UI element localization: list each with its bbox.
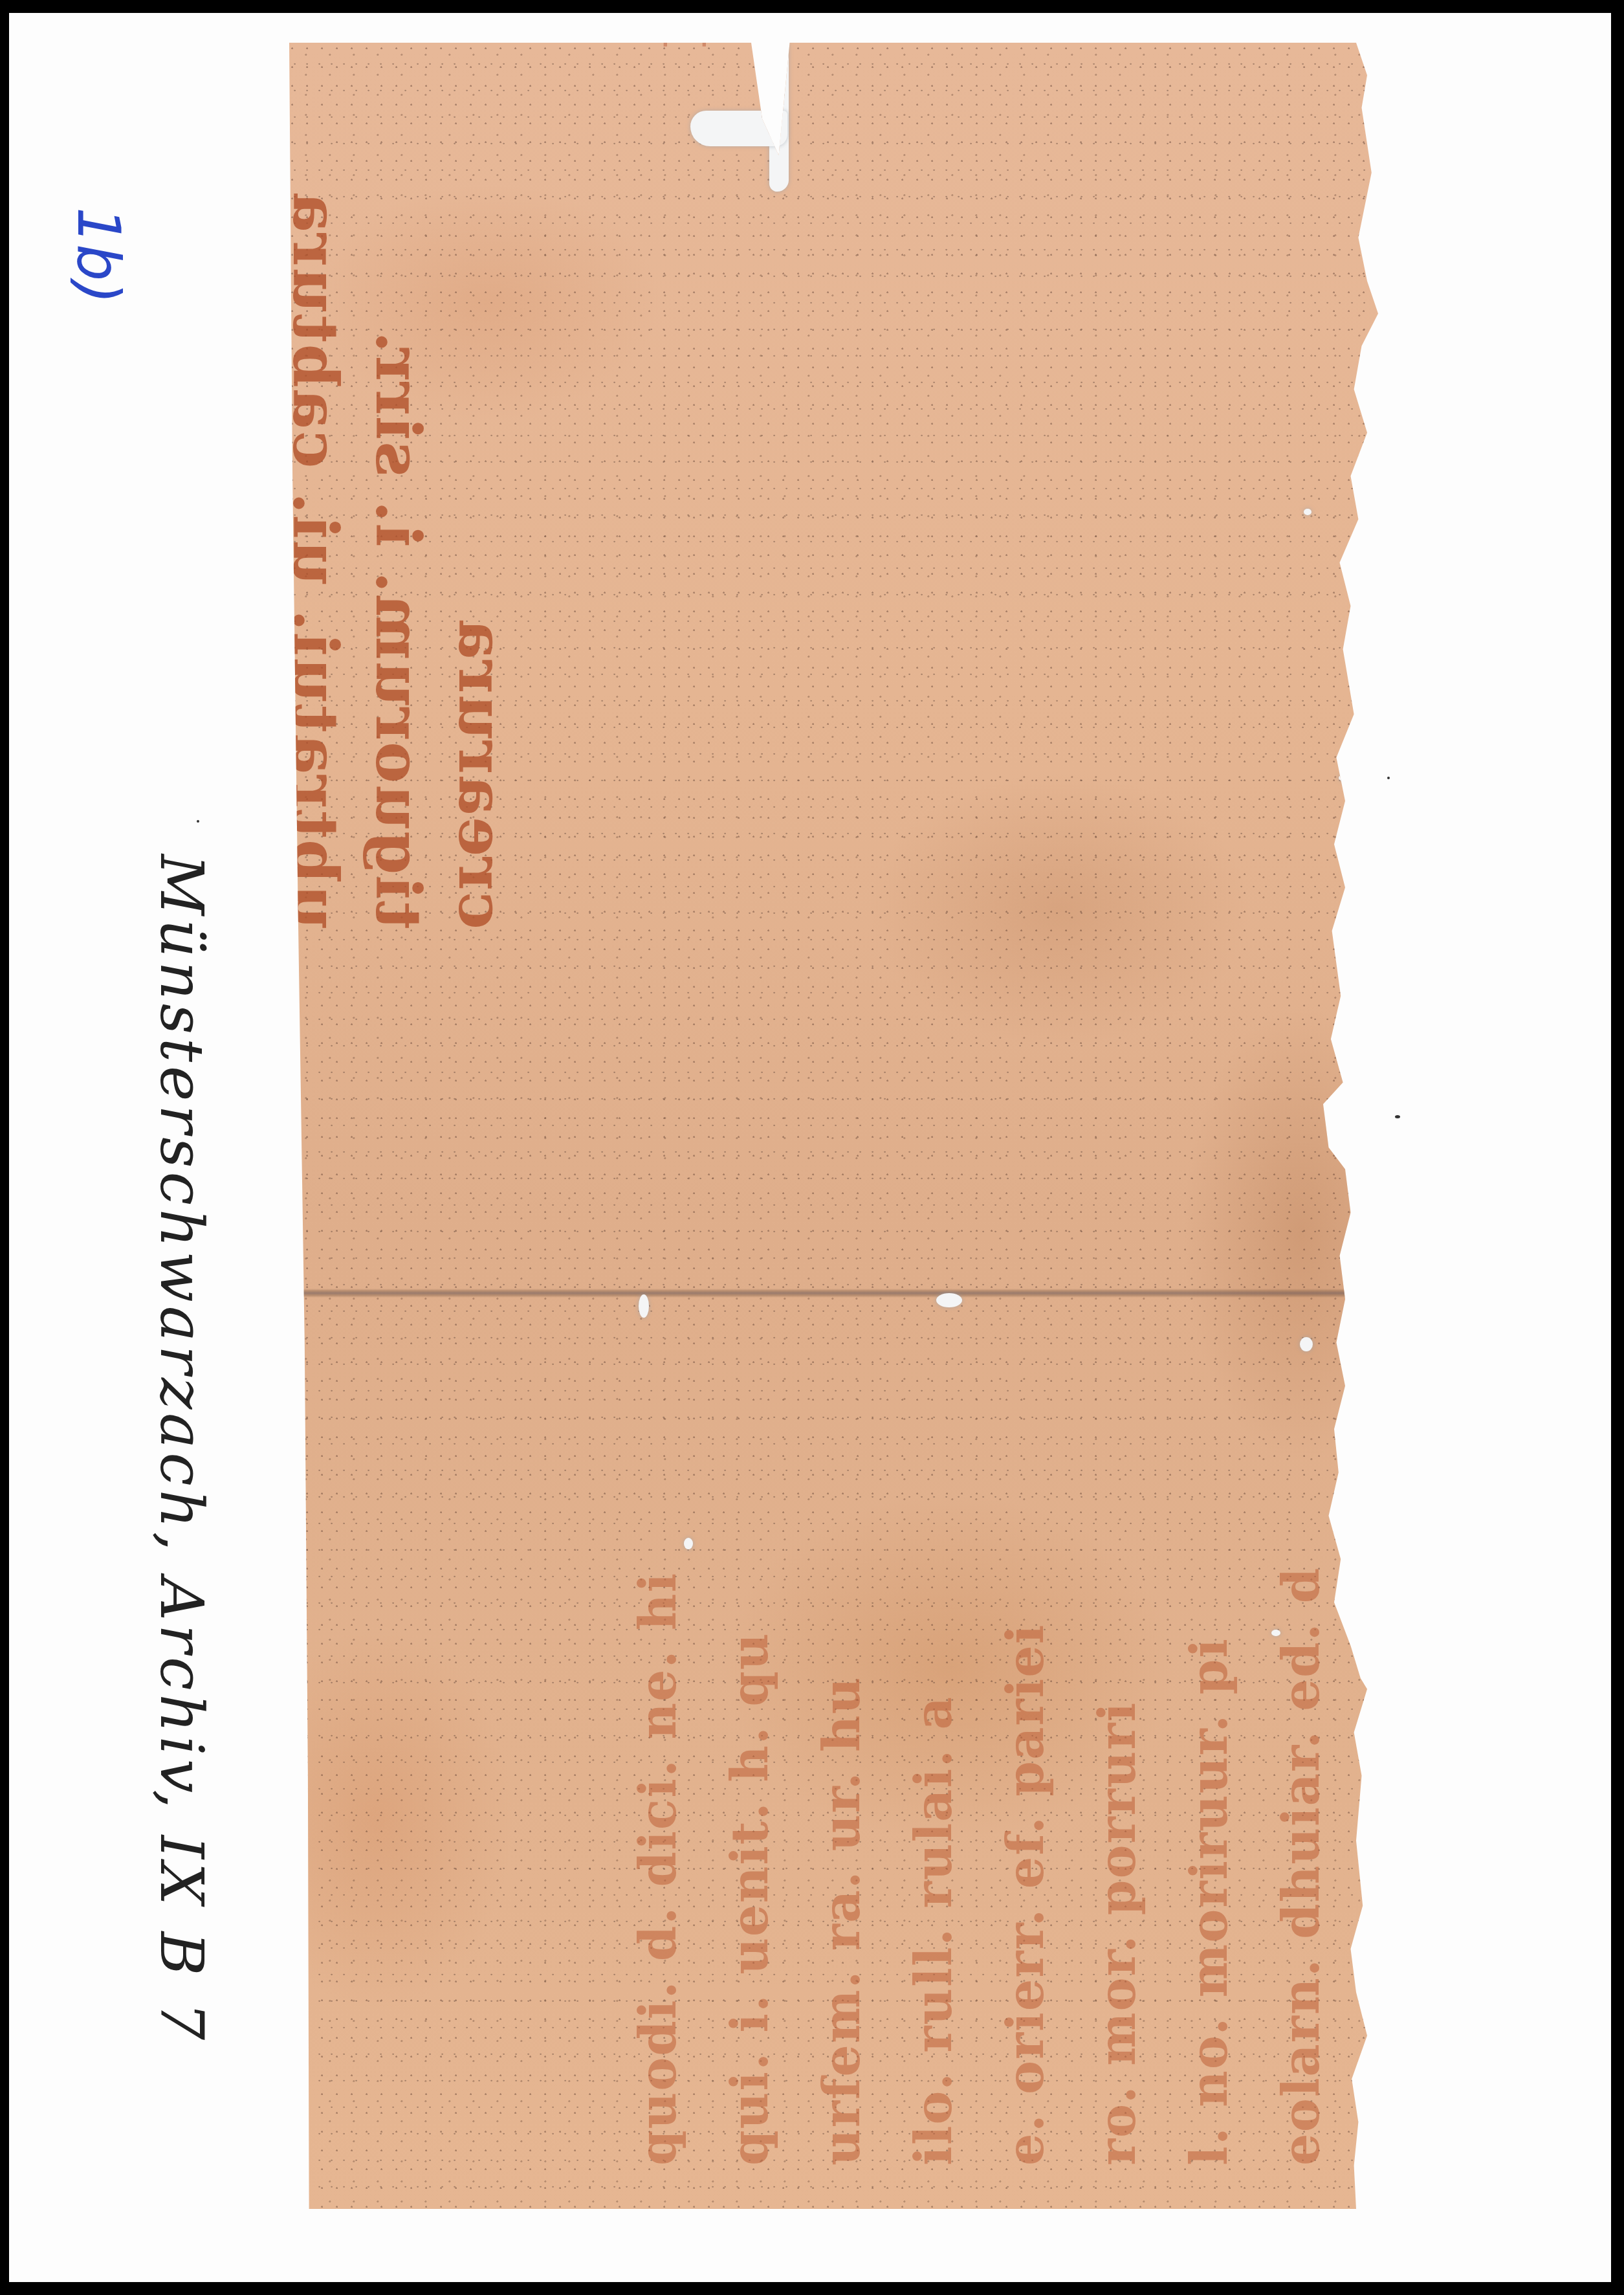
item-number-annotation: 1b) xyxy=(64,207,132,304)
shelfmark-label: Münsterschwarzach, Archiv, IX B 7 xyxy=(147,854,216,2044)
small-hole xyxy=(1339,774,1353,782)
text-line: ro. mor. porruri xyxy=(1072,1567,1164,2166)
text-line: ilo. rull. rulai. a xyxy=(888,1567,980,2166)
text-line: e. orierr. ef. pariei xyxy=(980,1567,1072,2166)
fold-crease xyxy=(289,1289,1389,1298)
text-line: quodi. d. dici. ne. hi xyxy=(613,1567,705,2166)
small-hole xyxy=(936,1293,962,1307)
text-line: l. no. moriruur. pi xyxy=(1164,1567,1256,2166)
text-line: codor. ui. ill. unamr xyxy=(0,166,25,929)
parchment-fragment: R crearura tiguorum. i. sirr. ubtratui. … xyxy=(289,43,1389,2209)
scan-sheet: 1b) Münsterschwarzach, Archiv, IX B 7 R … xyxy=(9,13,1611,2282)
scan-dust-speck xyxy=(1395,1115,1400,1118)
small-hole xyxy=(684,1538,693,1549)
small-hole xyxy=(639,1294,649,1318)
small-hole xyxy=(1304,509,1311,515)
top-margin-letters: R xyxy=(652,1,720,49)
small-hole xyxy=(1300,1337,1313,1351)
text-line: crearura xyxy=(439,166,522,929)
small-hole xyxy=(1271,1630,1280,1636)
text-line: ubtratui. ui. cabtura xyxy=(274,166,357,929)
text-line: pr. h. d. r. hui xyxy=(1440,1567,1531,2166)
scan-dust-speck xyxy=(1387,777,1390,779)
text-line: urfem. ra. ur. hu xyxy=(796,1567,888,2166)
scan-dust-speck xyxy=(197,820,199,823)
scan-frame: 1b) Münsterschwarzach, Archiv, IX B 7 R … xyxy=(0,0,1624,2295)
text-line: cuins. fa. eurr. spi xyxy=(1348,1567,1440,2166)
text-line: tiguorum. i. sirr. xyxy=(357,166,439,929)
text-line: eolarn. dhuiar. ed. d xyxy=(1256,1567,1348,2166)
text-line: qui. i. uenit. h. qu xyxy=(705,1567,796,2166)
text-line: nmm. xcluacos i. xyxy=(191,166,274,929)
tear-hole xyxy=(690,111,787,146)
lower-text-block: quodi. d. dici. ne. hi qui. i. uenit. h.… xyxy=(613,1567,1531,2166)
